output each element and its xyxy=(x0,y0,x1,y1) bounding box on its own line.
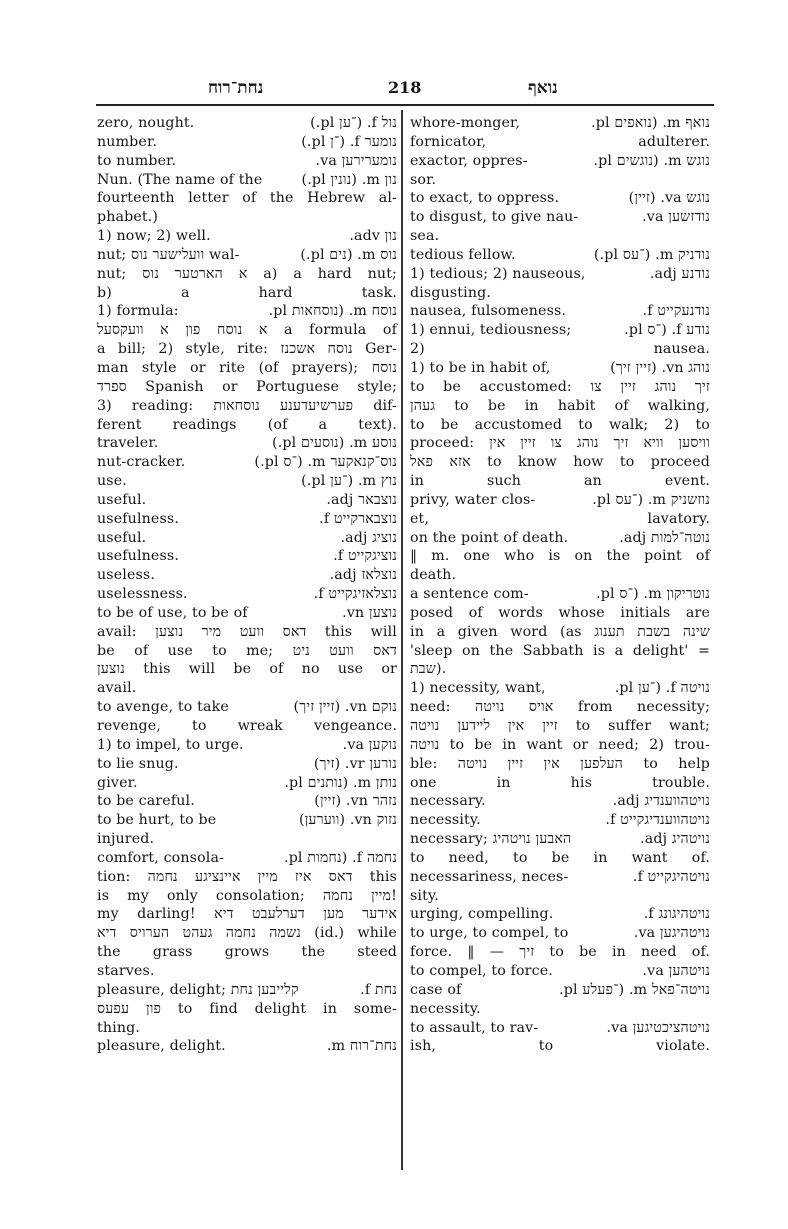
dictionary-line: to avenge, to takeנוקם vn. (זיין זיך) xyxy=(97,698,397,717)
headword: נוצלאזיגקייט f. xyxy=(314,585,397,604)
definition: 1) now; 2) well. xyxy=(97,227,211,246)
definition: exactor, oppres- xyxy=(410,152,528,171)
definition: giver. xyxy=(97,774,138,793)
dictionary-line: privy, water clos-נוזשניק m. (־עס pl. xyxy=(410,491,710,510)
dictionary-line: nausea, fulsomeness.נודנעקייט f. xyxy=(410,302,710,321)
entry-text: נוצען this will be of no use or xyxy=(97,660,397,679)
definition: to disgust, to give nau- xyxy=(410,208,578,227)
headword: נוציגקייט f. xyxy=(333,547,397,566)
definition: to be careful. xyxy=(97,792,195,811)
definition: pleasure, delight. xyxy=(97,1037,226,1056)
dictionary-line: ble: העלפען אין זיין נויטה to help xyxy=(410,755,710,774)
dictionary-line: sea. xyxy=(410,227,710,246)
dictionary-line: fourteenth letter of the Hebrew al- xyxy=(97,189,397,208)
headword: נודניק m. (־עס pl.) xyxy=(594,246,710,265)
headword: נודע f. (־ס pl. xyxy=(624,321,710,340)
dictionary-line: 'sleep on the Sabbath is a delight' = xyxy=(410,642,710,661)
headword: נוצבאר adj. xyxy=(326,491,397,510)
definition: 1) ennui, tediousness; xyxy=(410,321,571,340)
definition: to be of use, to be of xyxy=(97,604,248,623)
dictionary-line: to number.נומערירען va. xyxy=(97,152,397,171)
dictionary-line: נשמה נחמה געהט הערויס דיא (id.) while xyxy=(97,924,397,943)
entry-text: disgusting. xyxy=(410,284,710,303)
dictionary-line: 1) to impel, to urge.נוקען va. xyxy=(97,736,397,755)
dictionary-line: injured. xyxy=(97,830,397,849)
definition: comfort, consola- xyxy=(97,849,224,868)
headword: נוצען vn. xyxy=(342,604,397,623)
dictionary-line: געהן to be in habit of walking, xyxy=(410,397,710,416)
dictionary-line: force. ‖ — זיך to be in need of. xyxy=(410,943,710,962)
dictionary-line: ish, to violate. xyxy=(410,1037,710,1056)
entry-text: b) a hard task. xyxy=(97,284,397,303)
dictionary-line: to urge, to compel, toנויטהיגען va. xyxy=(410,924,710,943)
entry-text: sity. xyxy=(410,887,710,906)
dictionary-line: in a given word (as שינה בשבת תענוג xyxy=(410,623,710,642)
dictionary-line: posed of words whose initials are xyxy=(410,604,710,623)
dictionary-line: to be careful.נזהר vn. (זיין) xyxy=(97,792,397,811)
dictionary-line: ‖ m. one who is on the point of xyxy=(410,547,710,566)
entry-text: 2) nausea. xyxy=(410,340,710,359)
headword: נוטריקון m. (־ס pl. xyxy=(596,585,710,604)
entry-text: 3) reading: פערשיעדענע נוסחאות dif- xyxy=(97,397,397,416)
dictionary-line: a bill; 2) style, rite: נוסח אשכנז Ger- xyxy=(97,340,397,359)
dictionary-line: to be accustomed to walk; 2) to xyxy=(410,416,710,435)
dictionary-line: ספרד Spanish or Portuguese style; xyxy=(97,378,397,397)
definition: nut-cracker. xyxy=(97,453,185,472)
dictionary-line: revenge, to wreak vengeance. xyxy=(97,717,397,736)
dictionary-line: necessary; האבען נויטהיגנויטהיג adj. xyxy=(410,830,710,849)
entry-text: נויטה to be in want or need; 2) trou- xyxy=(410,736,710,755)
definition: necessity. xyxy=(410,811,481,830)
headword: נוגש m. (נוגשים pl. xyxy=(593,152,710,171)
headword: נוס m. (נים pl.) xyxy=(300,246,397,265)
entry-text: starves. xyxy=(97,962,397,981)
definition: a sentence com- xyxy=(410,585,529,604)
dictionary-line: fornicator, adulterer. xyxy=(410,133,710,152)
headword: נזוק vn. (ווערען) xyxy=(299,811,397,830)
entry-text: a bill; 2) style, rite: נוסח אשכנז Ger- xyxy=(97,340,397,359)
definition: to urge, to compel, to xyxy=(410,924,568,943)
headword: נודנעקייט f. xyxy=(643,302,710,321)
entry-text: א נוסח פון א וועקסעל a formula of xyxy=(97,321,397,340)
definition: 1) necessity, want, xyxy=(410,679,546,698)
entry-text: to need, to be in want of. xyxy=(410,849,710,868)
entry-text: be of use to me; דאס וועט ניט xyxy=(97,642,397,661)
dictionary-line: death. xyxy=(410,566,710,585)
entry-text: in a given word (as שינה בשבת תענוג xyxy=(410,623,710,642)
right-column: whore-monger,נואף m. (נואפים pl.fornicat… xyxy=(410,114,710,1056)
dictionary-line: tedious fellow.נודניק m. (־עס pl.) xyxy=(410,246,710,265)
dictionary-line: 1) now; 2) well.נון adv. xyxy=(97,227,397,246)
definition: necessary; האבען נויטהיג xyxy=(410,830,571,849)
entry-text: my darling! אידער מען דערלעבט דיא xyxy=(97,905,397,924)
headword: נורען vr. (זיך) xyxy=(314,755,397,774)
entry-text: force. ‖ — זיך to be in need of. xyxy=(410,943,710,962)
headword: נויטה f. (־ען pl. xyxy=(615,679,710,698)
definition: to be hurt, to be xyxy=(97,811,216,830)
dictionary-line: sity. xyxy=(410,887,710,906)
dictionary-line: use.נוץ m. (־ען pl.) xyxy=(97,472,397,491)
dictionary-line: to exact, to oppress.נוגש va. (זיין) xyxy=(410,189,710,208)
definition: whore-monger, xyxy=(410,114,520,133)
dictionary-line: need: אויס נויטה from necessity; xyxy=(410,698,710,717)
definition: to number. xyxy=(97,152,176,171)
headword: נון m. (נונין pl.) xyxy=(302,171,397,190)
entry-text: the grass grows the steed xyxy=(97,943,397,962)
headword: נומער f. (־ן pl.) xyxy=(301,133,397,152)
headword: נוטה־למות adj. xyxy=(619,529,710,548)
headword: נויטהיגונג f. xyxy=(644,905,710,924)
entry-text: death. xyxy=(410,566,710,585)
dictionary-line: on the point of death.נוטה־למות adj. xyxy=(410,529,710,548)
headword: נחת f. xyxy=(360,981,397,1000)
definition: tedious fellow. xyxy=(410,246,516,265)
dictionary-line: נויטה to be in want or need; 2) trou- xyxy=(410,736,710,755)
dictionary-line: man style or rite (of prayers); נוסח xyxy=(97,359,397,378)
dictionary-line: a sentence com-נוטריקון m. (־ס pl. xyxy=(410,585,710,604)
entry-text: ‖ m. one who is on the point of xyxy=(410,547,710,566)
definition: traveler. xyxy=(97,434,158,453)
entry-text: געהן to be in habit of walking, xyxy=(410,397,710,416)
entry-text: injured. xyxy=(97,830,397,849)
definition: 1) to impel, to urge. xyxy=(97,736,244,755)
dictionary-line: in such an event. xyxy=(410,472,710,491)
dictionary-line: 1) necessity, want,נויטה f. (־ען pl. xyxy=(410,679,710,698)
dictionary-line: necessariness, neces-נויטהיגקייט f. xyxy=(410,868,710,887)
dictionary-line: 1) ennui, tediousness;נודע f. (־ס pl. xyxy=(410,321,710,340)
headword: נוזשניק m. (־עס pl. xyxy=(592,491,710,510)
definition: usefulness. xyxy=(97,547,179,566)
dictionary-line: necessity.נויטהווענדיגקייט f. xyxy=(410,811,710,830)
page-number: 218 xyxy=(388,78,421,97)
dictionary-line: proceed: וויסען וויא זיך נוהג צו זיין אי… xyxy=(410,434,710,453)
dictionary-line: pleasure, delight; קלייבען נחתנחת f. xyxy=(97,981,397,1000)
definition: to avenge, to take xyxy=(97,698,229,717)
dictionary-line: one in his trouble. xyxy=(410,774,710,793)
header-rule xyxy=(96,104,714,106)
entry-text: sea. xyxy=(410,227,710,246)
dictionary-line: useful.נוציג adj. xyxy=(97,529,397,548)
entry-text: phabet.) xyxy=(97,208,397,227)
dictionary-line: useful.נוצבאר adj. xyxy=(97,491,397,510)
dictionary-line: the grass grows the steed xyxy=(97,943,397,962)
dictionary-line: 1) formula:נוסח m. (נוסחאות pl. xyxy=(97,302,397,321)
dictionary-line: disgusting. xyxy=(410,284,710,303)
dictionary-line: to assault, to rav-נויטהציכטיגען va. xyxy=(410,1019,710,1038)
entry-text: נשמה נחמה געהט הערויס דיא (id.) while xyxy=(97,924,397,943)
definition: zero, nought. xyxy=(97,114,194,133)
definition: privy, water clos- xyxy=(410,491,535,510)
dictionary-line: useless.נוצלאז adj. xyxy=(97,566,397,585)
dictionary-line: be of use to me; דאס וועט ניט xyxy=(97,642,397,661)
definition: 1) formula: xyxy=(97,302,179,321)
entry-text: is my only consolation; מיין נחמה! xyxy=(97,887,397,906)
headword: נויטה־פאל m. (־פעלע pl. xyxy=(559,981,710,1000)
dictionary-line: thing. xyxy=(97,1019,397,1038)
dictionary-line: to need, to be in want of. xyxy=(410,849,710,868)
definition: usefulness. xyxy=(97,510,179,529)
dictionary-line: urging, compelling.נויטהיגונג f. xyxy=(410,905,710,924)
dictionary-line: starves. xyxy=(97,962,397,981)
entry-text: necessity. xyxy=(410,1000,710,1019)
dictionary-line: 3) reading: פערשיעדענע נוסחאות dif- xyxy=(97,397,397,416)
definition: 1) to be in habit of, xyxy=(410,359,550,378)
dictionary-line: avail. xyxy=(97,679,397,698)
dictionary-line: נוצען this will be of no use or xyxy=(97,660,397,679)
headword: נויטהיגען va. xyxy=(634,924,710,943)
headword: נוס־קנאקער m. (־ס pl.) xyxy=(254,453,397,472)
dictionary-line: Nun. (The name of theנון m. (נונין pl.) xyxy=(97,171,397,190)
entry-text: proceed: וויסען וויא זיך נוהג צו זיין אי… xyxy=(410,434,710,453)
dictionary-line: pleasure, delight.נחת־רוח m. xyxy=(97,1037,397,1056)
dictionary-line: אזא פאל to know how to proceed xyxy=(410,453,710,472)
dictionary-line: zero, nought.נול f. (־ען pl.) xyxy=(97,114,397,133)
dictionary-line: usefulness.נוצבארקייט f. xyxy=(97,510,397,529)
headword: נוצלאז adj. xyxy=(330,566,397,585)
definition: useless. xyxy=(97,566,155,585)
entry-text: man style or rite (of prayers); נוסח xyxy=(97,359,397,378)
entry-text: revenge, to wreak vengeance. xyxy=(97,717,397,736)
headword: נויטהיג adj. xyxy=(640,830,710,849)
definition: number. xyxy=(97,133,157,152)
definition: useful. xyxy=(97,529,146,548)
definition: nut; וועלישער נוס wal- xyxy=(97,246,240,265)
dictionary-line: usefulness.נוציגקייט f. xyxy=(97,547,397,566)
dictionary-line: my darling! אידער מען דערלעבט דיא xyxy=(97,905,397,924)
definition: useful. xyxy=(97,491,146,510)
headword: נוסח m. (נוסחאות pl. xyxy=(269,302,397,321)
definition: on the point of death. xyxy=(410,529,568,548)
entry-text: avail: דאס וועט מיר נוצען this will xyxy=(97,623,397,642)
headword: נוץ m. (־ען pl.) xyxy=(301,472,397,491)
headword: נויטהיגקייט f. xyxy=(633,868,710,887)
headword: נויטהציכטיגען va. xyxy=(607,1019,710,1038)
headword: נחת־רוח m. xyxy=(327,1037,397,1056)
dictionary-line: to be accustomed: זיך נוהג זיין צו xyxy=(410,378,710,397)
dictionary-line: זיין אין לײדען נויטה to suffer want; xyxy=(410,717,710,736)
dictionary-line: uselessness.נוצלאזיגקייט f. xyxy=(97,585,397,604)
headword: נוסע m. (נוסעים pl.) xyxy=(272,434,397,453)
dictionary-line: to compel, to force.נויטהען va. xyxy=(410,962,710,981)
headword: נויטהווענדיגקייט f. xyxy=(605,811,710,830)
dictionary-line: sor. xyxy=(410,171,710,190)
dictionary-line: 1) tedious; 2) nauseous,נודנע adj. xyxy=(410,265,710,284)
entry-text: to be accustomed: זיך נוהג זיין צו xyxy=(410,378,710,397)
dictionary-line: to lie snug.נורען vr. (זיך) xyxy=(97,755,397,774)
headword: נויטהווענדיג adj. xyxy=(613,792,710,811)
headword: נודזשען va. xyxy=(642,208,710,227)
headword: נואף m. (נואפים pl. xyxy=(591,114,710,133)
definition: to assault, to rav- xyxy=(410,1019,538,1038)
definition: case of xyxy=(410,981,461,1000)
dictionary-line: tion: דאס איז מיין איינציגע נחמה this xyxy=(97,868,397,887)
dictionary-line: comfort, consola-נחמה f. (נחמות pl. xyxy=(97,849,397,868)
headword: נוקען va. xyxy=(343,736,397,755)
headword: נוציג adj. xyxy=(340,529,397,548)
entry-text: need: אויס נויטה from necessity; xyxy=(410,698,710,717)
entry-text: posed of words whose initials are xyxy=(410,604,710,623)
dictionary-line: nut; א הארטער נוס a) a hard nut; xyxy=(97,265,397,284)
headword: נול f. (־ען pl.) xyxy=(310,114,397,133)
headword: נוגש va. (זיין) xyxy=(629,189,710,208)
entry-text: nut; א הארטער נוס a) a hard nut; xyxy=(97,265,397,284)
dictionary-line: is my only consolation; מיין נחמה! xyxy=(97,887,397,906)
dictionary-line: b) a hard task. xyxy=(97,284,397,303)
definition: 1) tedious; 2) nauseous, xyxy=(410,265,586,284)
dictionary-line: שבת). xyxy=(410,660,710,679)
entry-text: זיין אין לײדען נויטה to suffer want; xyxy=(410,717,710,736)
headword: נודנע adj. xyxy=(650,265,710,284)
dictionary-line: 2) nausea. xyxy=(410,340,710,359)
dictionary-line: ferent readings (of a text). xyxy=(97,416,397,435)
entry-text: 'sleep on the Sabbath is a delight' = xyxy=(410,642,710,661)
entry-text: avail. xyxy=(97,679,397,698)
dictionary-line: avail: דאס וועט מיר נוצען this will xyxy=(97,623,397,642)
entry-text: שבת). xyxy=(410,660,710,679)
dictionary-line: to disgust, to give nau-נודזשען va. xyxy=(410,208,710,227)
definition: Nun. (The name of the xyxy=(97,171,262,190)
dictionary-line: et, lavatory. xyxy=(410,510,710,529)
dictionary-line: nut-cracker.נוס־קנאקער m. (־ס pl.) xyxy=(97,453,397,472)
headword: נון adv. xyxy=(349,227,397,246)
headword: נותן m. (נותנים pl. xyxy=(284,774,397,793)
entry-text: fornicator, adulterer. xyxy=(410,133,710,152)
dictionary-line: exactor, oppres-נוגש m. (נוגשים pl. xyxy=(410,152,710,171)
headword: נוהג vn. (זיין זיך) xyxy=(610,359,710,378)
definition: urging, compelling. xyxy=(410,905,553,924)
dictionary-line: case ofנויטה־פאל m. (־פעלע pl. xyxy=(410,981,710,1000)
definition: uselessness. xyxy=(97,585,188,604)
headword: נזהר vn. (זיין) xyxy=(314,792,397,811)
definition: necessariness, neces- xyxy=(410,868,568,887)
headword: נוצבארקייט f. xyxy=(319,510,397,529)
dictionary-line: to be of use, to be ofנוצען vn. xyxy=(97,604,397,623)
dictionary-line: whore-monger,נואף m. (נואפים pl. xyxy=(410,114,710,133)
right-guide-word: נואף xyxy=(528,78,558,98)
entry-text: ish, to violate. xyxy=(410,1037,710,1056)
definition: nausea, fulsomeness. xyxy=(410,302,566,321)
definition: necessary. xyxy=(410,792,486,811)
dictionary-line: to be hurt, to beנזוק vn. (ווערען) xyxy=(97,811,397,830)
dictionary-line: necessity. xyxy=(410,1000,710,1019)
dictionary-line: traveler.נוסע m. (נוסעים pl.) xyxy=(97,434,397,453)
headword: נויטהען va. xyxy=(642,962,710,981)
column-divider xyxy=(401,110,403,1170)
entry-text: one in his trouble. xyxy=(410,774,710,793)
entry-text: אזא פאל to know how to proceed xyxy=(410,453,710,472)
dictionary-line: giver.נותן m. (נותנים pl. xyxy=(97,774,397,793)
dictionary-line: 1) to be in habit of,נוהג vn. (זיין זיך) xyxy=(410,359,710,378)
definition: to lie snug. xyxy=(97,755,179,774)
headword: נוקם vn. (זיין זיך) xyxy=(294,698,397,717)
dictionary-line: nut; וועלישער נוס wal-נוס m. (נים pl.) xyxy=(97,246,397,265)
entry-text: פון עפעס to find delight in some- xyxy=(97,1000,397,1019)
entry-text: ספרד Spanish or Portuguese style; xyxy=(97,378,397,397)
definition: pleasure, delight; קלייבען נחת xyxy=(97,981,299,1000)
left-guide-word: נחת־רוח xyxy=(208,78,263,98)
dictionary-line: א נוסח פון א וועקסעל a formula of xyxy=(97,321,397,340)
dictionary-line: פון עפעס to find delight in some- xyxy=(97,1000,397,1019)
entry-text: in such an event. xyxy=(410,472,710,491)
entry-text: thing. xyxy=(97,1019,397,1038)
left-column: zero, nought.נול f. (־ען pl.)number.נומע… xyxy=(97,114,397,1056)
dictionary-line: phabet.) xyxy=(97,208,397,227)
headword: נחמה f. (נחמות pl. xyxy=(284,849,397,868)
definition: to compel, to force. xyxy=(410,962,553,981)
entry-text: tion: דאס איז מיין איינציגע נחמה this xyxy=(97,868,397,887)
entry-text: ferent readings (of a text). xyxy=(97,416,397,435)
entry-text: fourteenth letter of the Hebrew al- xyxy=(97,189,397,208)
entry-text: ble: העלפען אין זיין נויטה to help xyxy=(410,755,710,774)
entry-text: to be accustomed to walk; 2) to xyxy=(410,416,710,435)
dictionary-line: necessary.נויטהווענדיג adj. xyxy=(410,792,710,811)
entry-text: et, lavatory. xyxy=(410,510,710,529)
definition: to exact, to oppress. xyxy=(410,189,559,208)
entry-text: sor. xyxy=(410,171,710,190)
headword: נומערירען va. xyxy=(316,152,397,171)
definition: use. xyxy=(97,472,127,491)
dictionary-line: number.נומער f. (־ן pl.) xyxy=(97,133,397,152)
